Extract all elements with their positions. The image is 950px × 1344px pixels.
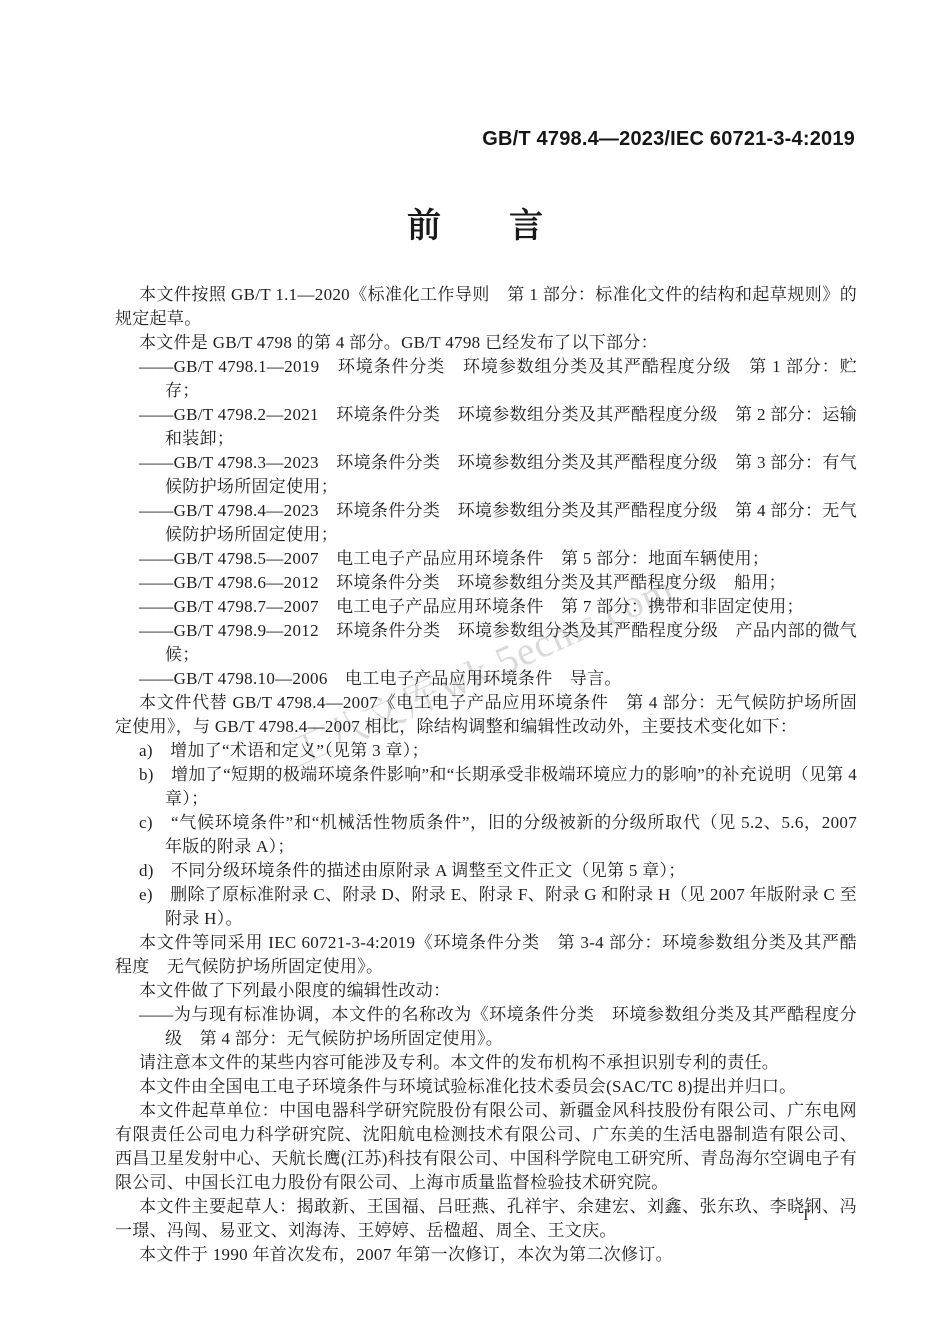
list-item-part1: ——GB/T 4798.1—2019 环境条件分类 环境参数组分类及其严酷程度分… xyxy=(115,355,857,403)
paragraph-committee: 本文件由全国电工电子环境条件与环境试验标准化技术委员会(SAC/TC 8)提出并… xyxy=(115,1075,857,1099)
page-title: 前 言 xyxy=(0,198,950,247)
list-item-part3: ——GB/T 4798.3—2023 环境条件分类 环境参数组分类及其严酷程度分… xyxy=(115,451,857,499)
list-item-part4: ——GB/T 4798.4—2023 环境条件分类 环境参数组分类及其严酷程度分… xyxy=(115,499,857,547)
paragraph-replaces: 本文件代替 GB/T 4798.4—2007《电工电子产品应用环境条件 第 4 … xyxy=(115,691,857,739)
change-item-a: a) 增加了“术语和定义”（见第 3 章）； xyxy=(115,739,857,763)
list-item-part5: ——GB/T 4798.5—2007 电工电子产品应用环境条件 第 5 部分：地… xyxy=(115,547,857,571)
change-item-c: c) “气候环境条件”和“机械活性物质条件”，旧的分级被新的分级所取代（见 5.… xyxy=(115,811,857,859)
paragraph-drafting-organizations: 本文件起草单位：中国电器科学研究院股份有限公司、新疆金风科技股份有限公司、广东电… xyxy=(115,1099,857,1195)
standard-number-header: GB/T 4798.4—2023/IEC 60721-3-4:2019 xyxy=(115,128,855,151)
page-number: I xyxy=(803,1205,809,1225)
paragraph-iec-adoption: 本文件等同采用 IEC 60721-3-4:2019《环境条件分类 第 3-4 … xyxy=(115,931,857,979)
foreword-body: 本文件按照 GB/T 1.1—2020《标准化工作导则 第 1 部分：标准化文件… xyxy=(115,283,857,1267)
list-item-part10: ——GB/T 4798.10—2006 电工电子产品应用环境条件 导言。 xyxy=(115,667,857,691)
change-item-e: e) 删除了原标准附录 C、附录 D、附录 E、附录 F、附录 G 和附录 H（… xyxy=(115,883,857,931)
paragraph-patent-notice: 请注意本文件的某些内容可能涉及专利。本文件的发布机构不承担识别专利的责任。 xyxy=(115,1051,857,1075)
paragraph-drafters: 本文件主要起草人：揭敢新、王国福、吕旺燕、孔祥宇、余建宏、刘鑫、张东玖、李晓钢、… xyxy=(115,1195,857,1243)
list-item-part6: ——GB/T 4798.6—2012 环境条件分类 环境参数组分类及其严酷程度分… xyxy=(115,571,857,595)
change-item-b: b) 增加了“短期的极端环境条件影响”和“长期承受非极端环境应力的影响”的补充说… xyxy=(115,763,857,811)
editorial-change-item: ——为与现有标准协调，本文件的名称改为《环境条件分类 环境参数组分类及其严酷程度… xyxy=(115,1003,857,1051)
paragraph-part-intro: 本文件是 GB/T 4798 的第 4 部分。GB/T 4798 已经发布了以下… xyxy=(115,331,857,355)
paragraph-revision-history: 本文件于 1990 年首次发布，2007 年第一次修订，本次为第二次修订。 xyxy=(115,1243,857,1267)
paragraph-basis: 本文件按照 GB/T 1.1—2020《标准化工作导则 第 1 部分：标准化文件… xyxy=(115,283,857,331)
list-item-part2: ——GB/T 4798.2—2021 环境条件分类 环境参数组分类及其严酷程度分… xyxy=(115,403,857,451)
document-page: GB/T 4798.4—2023/IEC 60721-3-4:2019 工八文库… xyxy=(0,0,950,1344)
list-item-part9: ——GB/T 4798.9—2012 环境条件分类 环境参数组分类及其严酷程度分… xyxy=(115,619,857,667)
list-item-part7: ——GB/T 4798.7—2007 电工电子产品应用环境条件 第 7 部分：携… xyxy=(115,595,857,619)
paragraph-editorial-changes: 本文件做了下列最小限度的编辑性改动： xyxy=(115,979,857,1003)
change-item-d: d) 不同分级环境条件的描述由原附录 A 调整至文件正文（见第 5 章）； xyxy=(115,859,857,883)
